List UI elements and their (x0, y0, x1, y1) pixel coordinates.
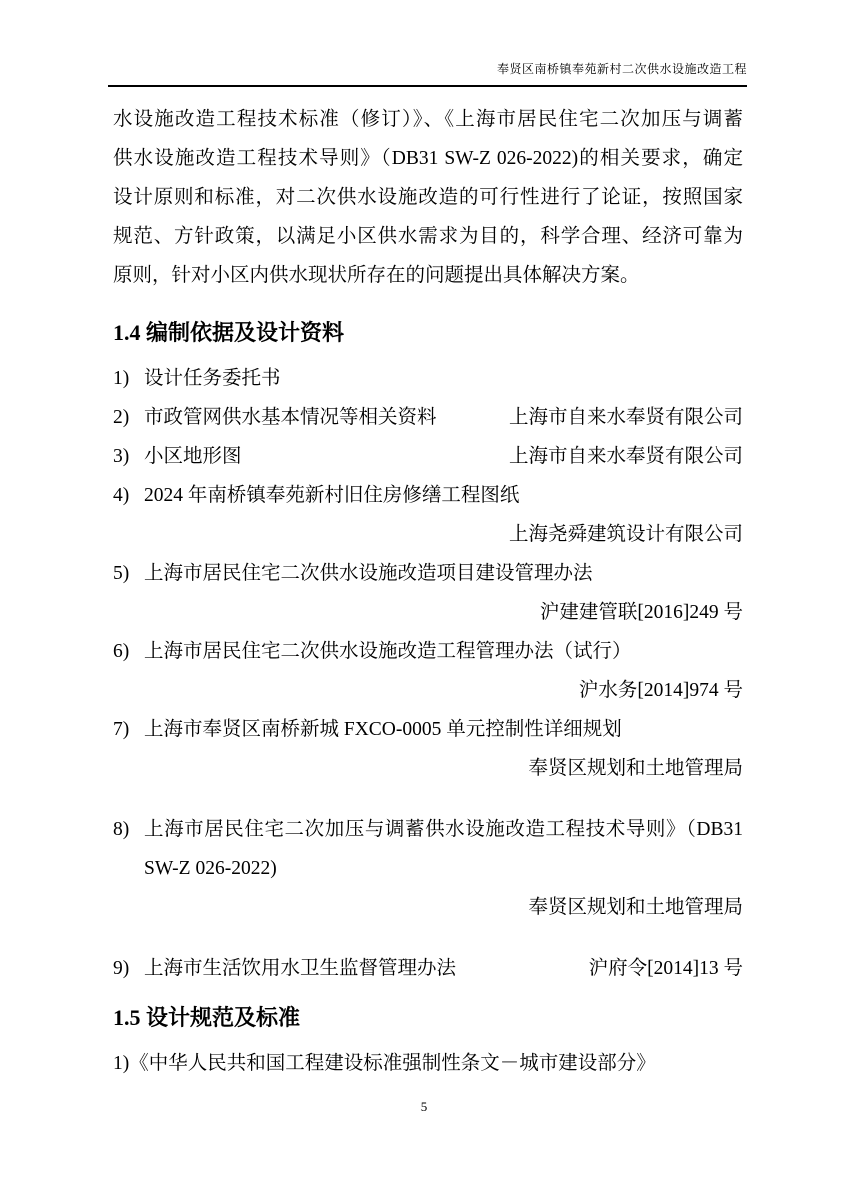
item-text: 2024 年南桥镇奉苑新村旧住房修缮工程图纸 (144, 476, 519, 515)
item-source: 上海市自来水奉贤有限公司 (497, 398, 743, 437)
reference-item: 8) 上海市居民住宅二次加压与调蓄供水设施改造工程技术导则》（DB31 SW-Z… (113, 810, 743, 888)
item-source: 奉贤区规划和土地管理局 (113, 749, 743, 788)
item-source: 沪建建管联[2016]249 号 (113, 593, 743, 632)
item-number: 1) (113, 359, 144, 398)
intro-paragraph-line: 原则，针对小区内供水现状所存在的问题提出具体解决方案。 (113, 256, 743, 295)
item-number: 7) (113, 710, 144, 749)
item-number: 4) (113, 476, 144, 515)
reference-item: 1) 设计任务委托书 (113, 359, 743, 398)
reference-item: 4) 2024 年南桥镇奉苑新村旧住房修缮工程图纸 (113, 476, 743, 515)
item-source: 沪府令[2014]13 号 (577, 949, 743, 988)
section-1-4-heading: 1.4 编制依据及设计资料 (113, 320, 743, 346)
page-header: 奉贤区南桥镇奉苑新村二次供水设施改造工程 (108, 60, 747, 87)
item-source: 上海市自来水奉贤有限公司 (497, 437, 743, 476)
item-text: 上海市居民住宅二次供水设施改造项目建设管理办法 (144, 554, 593, 593)
intro-paragraph-line: 设计原则和标准，对二次供水设施改造的可行性进行了论证，按照国家 (113, 178, 743, 217)
item-text: 市政管网供水基本情况等相关资料 (144, 398, 437, 437)
reference-item: 3) 小区地形图 上海市自来水奉贤有限公司 (113, 437, 743, 476)
item-text: 上海市生活饮用水卫生监督管理办法 (144, 949, 456, 988)
section-1-5-heading: 1.5 设计规范及标准 (113, 1005, 743, 1031)
item-text: 上海市奉贤区南桥新城 FXCO-0005 单元控制性详细规划 (144, 710, 622, 749)
reference-item: 7) 上海市奉贤区南桥新城 FXCO-0005 单元控制性详细规划 (113, 710, 743, 749)
running-title: 奉贤区南桥镇奉苑新村二次供水设施改造工程 (497, 62, 747, 76)
item-text: 上海市居民住宅二次供水设施改造工程管理办法（试行） (144, 632, 632, 671)
item-source: 奉贤区规划和土地管理局 (113, 888, 743, 927)
intro-paragraph-line: 水设施改造工程技术标准（修订）》、《上海市居民住宅二次加压与调蓄 (113, 100, 743, 139)
item-source: 上海尧舜建筑设计有限公司 (113, 515, 743, 554)
item-text: 设计任务委托书 (144, 359, 281, 398)
document-page: 奉贤区南桥镇奉苑新村二次供水设施改造工程 水设施改造工程技术标准（修订）》、《上… (0, 0, 848, 1200)
reference-item: 5) 上海市居民住宅二次供水设施改造项目建设管理办法 (113, 554, 743, 593)
page-footer: 5 (0, 1099, 848, 1115)
item-number: 3) (113, 437, 144, 476)
standard-item: 1) 《中华人民共和国工程建设标准强制性条文－城市建设部分》 (113, 1044, 743, 1083)
reference-item: 6) 上海市居民住宅二次供水设施改造工程管理办法（试行） (113, 632, 743, 671)
intro-paragraph: 水设施改造工程技术标准（修订）》、《上海市居民住宅二次加压与调蓄 供水设施改造工… (113, 100, 743, 295)
reference-list: 1) 设计任务委托书 2) 市政管网供水基本情况等相关资料 上海市自来水奉贤有限… (113, 359, 743, 988)
item-text: 小区地形图 (144, 437, 242, 476)
item-number: 2) (113, 398, 144, 437)
item-number: 1) (113, 1044, 129, 1083)
intro-paragraph-line: 规范、方针政策，以满足小区供水需求为目的，科学合理、经济可靠为 (113, 217, 743, 256)
page-number: 5 (421, 1099, 428, 1114)
item-number: 5) (113, 554, 144, 593)
intro-paragraph-line: 供水设施改造工程技术导则》（DB31 SW-Z 026-2022)的相关要求，确… (113, 139, 743, 178)
item-text: 上海市居民住宅二次加压与调蓄供水设施改造工程技术导则》（DB31 SW-Z 02… (144, 810, 743, 888)
item-number: 9) (113, 949, 144, 988)
item-source: 沪水务[2014]974 号 (113, 671, 743, 710)
reference-item: 9) 上海市生活饮用水卫生监督管理办法 沪府令[2014]13 号 (113, 949, 743, 988)
item-number: 8) (113, 810, 144, 849)
item-number: 6) (113, 632, 144, 671)
page-content: 水设施改造工程技术标准（修订）》、《上海市居民住宅二次加压与调蓄 供水设施改造工… (113, 100, 743, 1083)
item-text: 《中华人民共和国工程建设标准强制性条文－城市建设部分》 (129, 1044, 656, 1083)
reference-item: 2) 市政管网供水基本情况等相关资料 上海市自来水奉贤有限公司 (113, 398, 743, 437)
